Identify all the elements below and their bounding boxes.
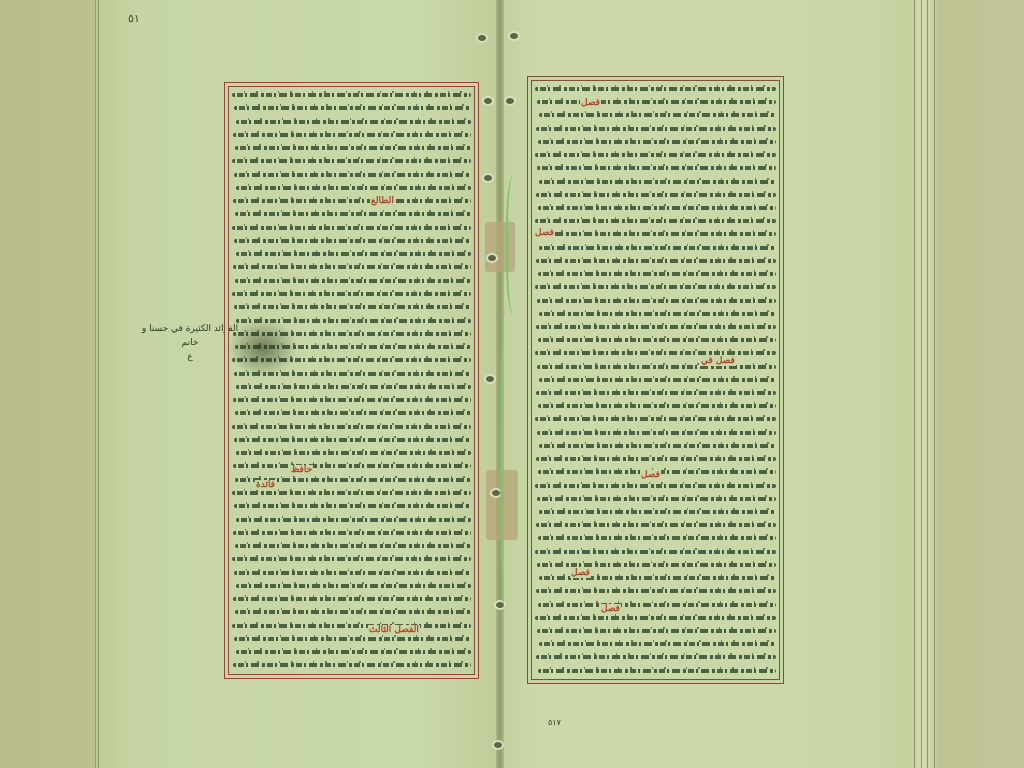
manuscript-text-line [233,197,471,205]
manuscript-text-line [538,402,776,410]
manuscript-text-line [233,529,471,537]
manuscript-text-line [232,489,471,497]
manuscript-text-line [539,111,776,119]
manuscript-text-line [535,415,776,423]
manuscript-text-line [233,462,471,470]
manuscript-text-line [234,104,471,112]
rubric-heading: فصل [534,228,555,238]
manuscript-text-line [536,455,776,463]
manuscript-text-line [537,429,776,437]
right-text-block [527,76,784,684]
rubric-heading: حافظ [290,465,313,475]
manuscript-text-line [235,144,471,152]
manuscript-text-line [538,601,776,609]
manuscript-text-line [535,151,776,159]
manuscript-text-line [538,138,776,146]
manuscript-text-line [232,224,471,232]
manuscript-text-line [537,495,776,503]
manuscript-text-line [539,376,776,384]
page-number: ٥١٧ [548,718,561,727]
manuscript-text-line [234,237,471,245]
binding-hole [484,175,492,181]
manuscript-text-line [234,502,471,510]
rubric-heading: فائدة [255,480,276,490]
manuscript-text-line [535,85,776,93]
manuscript-text-line [539,244,776,252]
binding-thread [500,310,512,610]
left-text-block [224,82,479,679]
manuscript-text-line [539,442,776,450]
manuscript-text-line [538,204,776,212]
manuscript-text-line [236,184,471,192]
ink-stain [228,318,298,378]
rubric-heading: فصل [580,98,601,108]
manuscript-text-line [538,534,776,542]
manuscript-text-line [539,310,776,318]
folio-number: ٥١ [128,12,140,25]
binding-hole [492,490,500,496]
left-page-edge [98,0,99,768]
manuscript-text-line [538,336,776,344]
rubric-heading: الفصل الثالث [368,625,420,635]
manuscript-text-line [235,210,471,218]
manuscript-text-line [236,582,471,590]
manuscript-text-line [536,587,776,595]
manuscript-text-line [233,595,471,603]
right-fore-edge-stack [910,0,942,768]
manuscript-text-line [232,91,471,99]
manuscript-text-line [536,323,776,331]
binding-hole [510,33,518,39]
manuscript-text-line [233,131,471,139]
manuscript-text-line [232,157,471,165]
manuscript-text-line [539,178,776,186]
manuscript-text-line [535,614,776,622]
manuscript-text-line [234,569,471,577]
manuscript-text-line [536,191,776,199]
binding-hole [488,255,496,261]
manuscript-text-line [535,283,776,291]
manuscript-text-line [535,217,776,225]
manuscript-text-line [235,542,471,550]
manuscript-text-line [235,409,471,417]
binding-hole [506,98,514,104]
manuscript-text-line [236,250,471,258]
manuscript-text-line [234,635,471,643]
manuscript-text-line [233,263,471,271]
rubric-heading: فصل [570,568,591,578]
manuscript-text-line [232,555,471,563]
manuscript-text-line [232,423,471,431]
binding-hole [494,742,502,748]
manuscript-text-line [235,608,471,616]
manuscript-text-line [537,98,776,106]
manuscript-text-line [236,383,471,391]
rubric-heading: فصل [600,604,621,614]
manuscript-text-line [236,449,471,457]
manuscript-text-line [536,125,776,133]
rubric-heading: فصل [640,470,661,480]
manuscript-text-line [236,118,471,126]
manuscript-text-line [236,648,471,656]
manuscript-text-line [236,516,471,524]
binding-hole [484,98,492,104]
manuscript-text-line [537,297,776,305]
manuscript-text-line [235,277,471,285]
manuscript-text-line [234,171,471,179]
manuscript-text-line [537,627,776,635]
manuscript-text-line [535,482,776,490]
manuscript-text-line [538,667,776,675]
manuscript-text-line [538,270,776,278]
manuscript-text-line [537,164,776,172]
rubric-heading: فصل في [700,356,736,366]
text-lines [535,85,776,675]
manuscript-text-line [233,661,471,669]
rubric-heading: الطالع [370,196,395,206]
manuscript-text-line [539,640,776,648]
binding-hole [486,376,494,382]
manuscript-text-line [536,389,776,397]
manuscript-text-line [234,436,471,444]
manuscript-text-line [234,303,471,311]
manuscript-text-line [233,396,471,404]
manuscript-text-line [232,290,471,298]
manuscript-text-line [537,363,776,371]
manuscript-text-line [537,230,776,238]
manuscript-text-line [536,257,776,265]
binding-hole [478,35,486,41]
manuscript-text-line [535,349,776,357]
manuscript-text-line [536,521,776,529]
manuscript-text-line [535,548,776,556]
manuscript-text-line [536,653,776,661]
manuscript-text-line [539,508,776,516]
text-lines [232,91,471,670]
manuscript-text-line [232,622,471,630]
binding-thread [506,175,524,315]
